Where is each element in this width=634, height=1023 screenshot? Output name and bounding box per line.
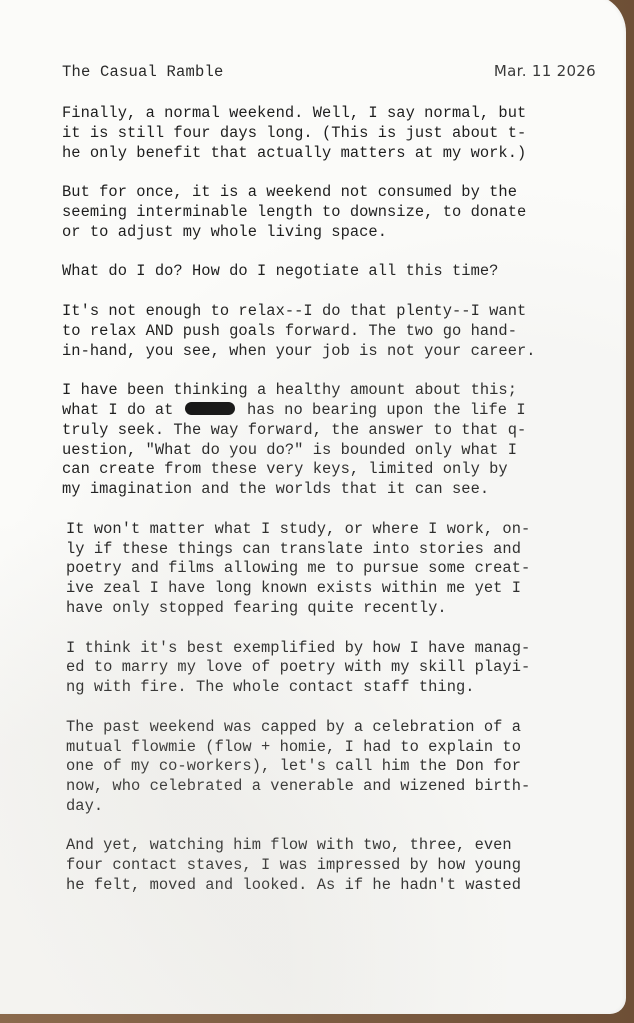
text-line: he only benefit that actually matters at… (62, 144, 526, 162)
text-line: I think it's best exemplified by how I h… (66, 639, 530, 657)
text-line: four contact staves, I was impressed by … (66, 856, 521, 874)
text-line: it is still four days long. (This is jus… (62, 124, 526, 142)
page-header: The Casual Ramble Mar. 11 2026 (62, 62, 596, 81)
text-line: can create from these very keys, limited… (62, 460, 508, 478)
text-line: now, who celebrated a venerable and wize… (66, 777, 530, 795)
paragraph: What do I do? How do I negotiate all thi… (62, 262, 602, 282)
document-body: Finally, a normal weekend. Well, I say n… (62, 104, 602, 916)
paragraph: Finally, a normal weekend. Well, I say n… (62, 104, 602, 163)
text-line: It's not enough to relax--I do that plen… (62, 302, 526, 320)
typewritten-page: The Casual Ramble Mar. 11 2026 Finally, … (0, 0, 626, 1014)
text-line: poetry and films allowing me to pursue s… (66, 559, 530, 577)
text-line: or to adjust my whole living space. (62, 223, 387, 241)
text-line: truly seek. The way forward, the answer … (62, 421, 526, 439)
paragraph: I think it's best exemplified by how I h… (66, 639, 602, 698)
paragraph: But for once, it is a weekend not consum… (62, 183, 602, 242)
text-line: one of my co-workers), let's call him th… (66, 757, 521, 775)
text-line: what I do at (62, 401, 173, 419)
text-line: have only stopped fearing quite recently… (66, 599, 447, 617)
text-line: And yet, watching him flow with two, thr… (66, 836, 512, 854)
text-line: What do I do? How do I negotiate all thi… (62, 262, 498, 280)
text-line: to relax AND push goals forward. The two… (62, 322, 517, 340)
text-line: day. (66, 797, 103, 815)
text-line: I have been thinking a healthy amount ab… (62, 381, 517, 399)
text-line: ive zeal I have long known exists within… (66, 579, 521, 597)
text-line: in-hand, you see, when your job is not y… (62, 342, 536, 360)
text-line: Finally, a normal weekend. Well, I say n… (62, 104, 526, 122)
paragraph: It's not enough to relax--I do that plen… (62, 302, 602, 361)
paragraph: And yet, watching him flow with two, thr… (66, 836, 602, 895)
text-line: he felt, moved and looked. As if he hadn… (66, 876, 521, 894)
text-line: seeming interminable length to downsize,… (62, 203, 526, 221)
paragraph: The past weekend was capped by a celebra… (66, 718, 602, 817)
text-line: ed to marry my love of poetry with my sk… (66, 658, 530, 676)
text-line: mutual flowmie (flow + homie, I had to e… (66, 738, 521, 756)
text-line: has no bearing upon the life I (247, 401, 526, 419)
document-date: Mar. 11 2026 (494, 62, 596, 80)
text-line: It won't matter what I study, or where I… (66, 520, 530, 538)
text-line: But for once, it is a weekend not consum… (62, 183, 517, 201)
text-line: ly if these things can translate into st… (66, 540, 521, 558)
text-line: ng with fire. The whole contact staff th… (66, 678, 475, 696)
text-line: uestion, "What do you do?" is bounded on… (62, 441, 517, 459)
document-title: The Casual Ramble (62, 63, 224, 81)
text-line: my imagination and the worlds that it ca… (62, 480, 489, 498)
text-line: The past weekend was capped by a celebra… (66, 718, 521, 736)
paragraph: I have been thinking a healthy amount ab… (62, 381, 602, 500)
redaction-mark (185, 402, 235, 415)
paragraph: It won't matter what I study, or where I… (66, 520, 602, 619)
